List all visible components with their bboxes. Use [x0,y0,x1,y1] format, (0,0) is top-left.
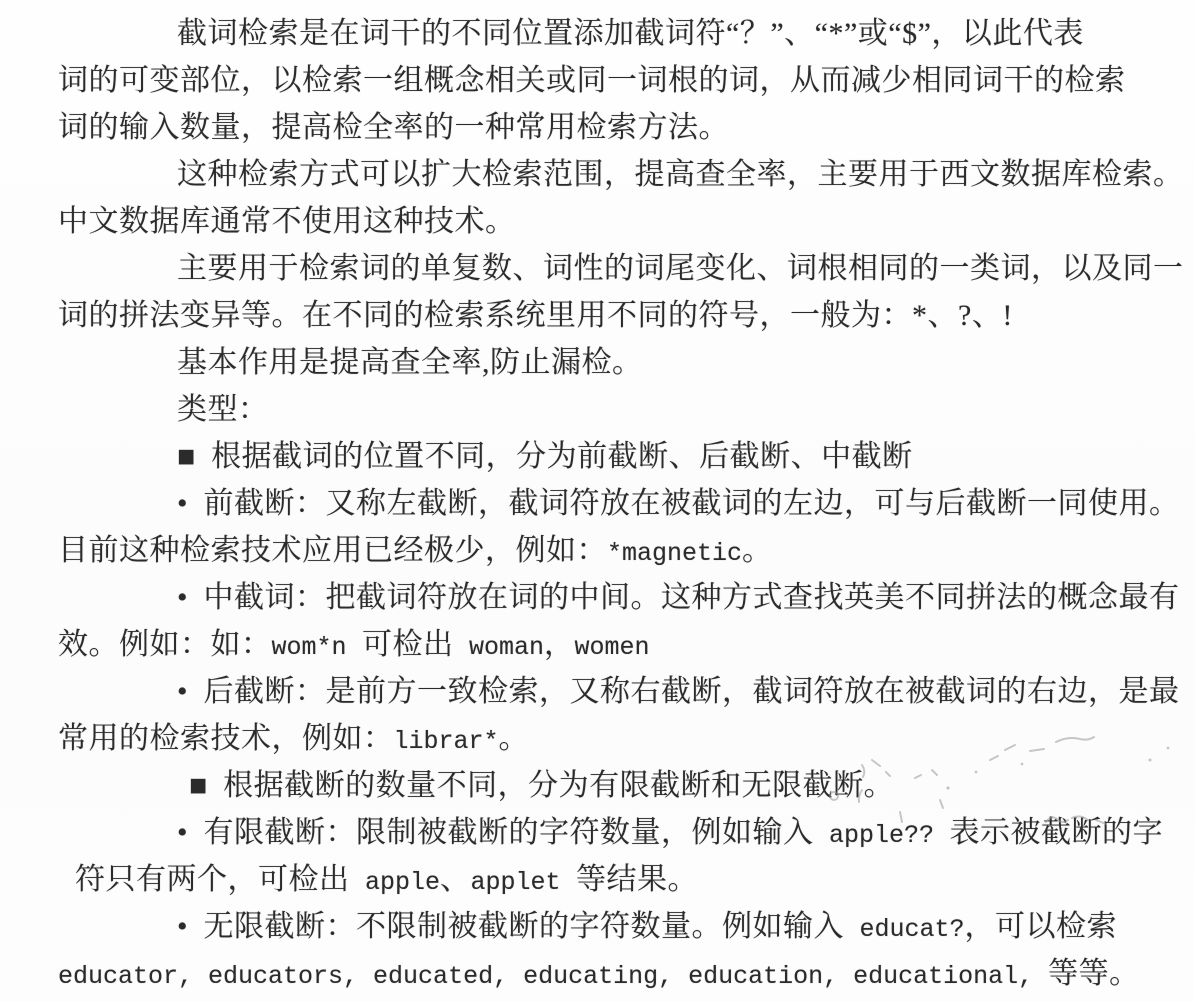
text-line: 这种检索方式可以扩大检索范围，提高查全率，主要用于西文数据库检索。 [58,151,1164,198]
cjk-text: 词的输入数量，提高检全率的一种常用检索方法。 [58,111,729,144]
latin-example-text: *magnetic [607,539,742,568]
text-line: • 中截词：把截词符放在词的中间。这种方式查找英美不同拼法的概念最有 [58,574,1164,621]
cjk-text: 效。例如：如： [58,628,272,661]
latin-example-text: educat? [860,915,965,944]
text-line: • 前截断：又称左截断，截词符放在被截词的左边，可与后截断一同使用。 [58,480,1164,527]
cjk-text: • 前截断：又称左截断，截词符放在被截词的左边，可与后截断一同使用。 [177,487,1180,520]
cjk-text: ， [544,628,575,661]
cjk-text: 词的拼法变异等。在不同的检索系统里用不同的符号，一般为：*、?、! [58,299,1013,332]
text-line: 类型： [58,386,1164,433]
document-body: 截词检索是在词干的不同位置添加截词符“？”、“*”或“$”，以此代表词的可变部位… [0,0,1194,997]
text-line: • 有限截断：限制被截断的字符数量，例如输入 apple?? 表示被截断的字 [58,809,1164,856]
cjk-text: 常用的检索技术，例如： [58,722,394,755]
text-line: 常用的检索技术，例如：librar*。 [58,715,1164,762]
cjk-text: 截词检索是在词干的不同位置添加截词符“？”、“*”或“$”，以此代表 [177,17,1084,50]
text-line: 词的输入数量，提高检全率的一种常用检索方法。 [58,104,1164,151]
cjk-text: 主要用于检索词的单复数、词性的词尾变化、词根相同的一类词，以及同一 [177,252,1184,285]
latin-example-text: wom*n [272,633,347,662]
text-line: • 无限截断：不限制被截断的字符数量。例如输入 educat?，可以检索 [58,903,1164,950]
cjk-text: 类型： [177,393,269,426]
cjk-text: 这种检索方式可以扩大检索范围，提高查全率，主要用于西文数据库检索。 [177,158,1184,191]
cjk-text: 符只有两个，可检出 [75,863,365,896]
text-line: 中文数据库通常不使用这种技术。 [58,198,1164,245]
cjk-text: • 中截词：把截词符放在词的中间。这种方式查找英美不同拼法的概念最有 [177,581,1180,614]
cjk-text: 可检出 [347,628,470,661]
latin-example-text: apple [365,868,440,897]
cjk-text: ■ 根据截词的位置不同，分为前截断、后截断、中截断 [177,440,913,473]
latin-example-text: educator, educators, educated, educating… [58,962,1048,991]
text-line: 主要用于检索词的单复数、词性的词尾变化、词根相同的一类词，以及同一 [58,245,1164,292]
text-line: 截词检索是在词干的不同位置添加截词符“？”、“*”或“$”，以此代表 [58,10,1164,57]
text-line: 效。例如：如：wom*n 可检出 woman，women [58,621,1164,668]
document-page: 截词检索是在词干的不同位置添加截词符“？”、“*”或“$”，以此代表词的可变部位… [0,0,1194,1002]
cjk-text: • 有限截断：限制被截断的字符数量，例如输入 [177,816,829,849]
cjk-text: 词的可变部位，以检索一组概念相关或同一词根的词，从而减少相同词干的检索 [58,64,1126,97]
text-line: 目前这种检索技术应用已经极少，例如：*magnetic。 [58,527,1164,574]
cjk-text: • 后截断：是前方一致检索，又称右截断，截词符放在被截词的右边，是最 [177,675,1180,708]
latin-example-text: librar* [394,727,499,756]
cjk-text: 表示被截断的字 [934,816,1163,849]
cjk-text: 中文数据库通常不使用这种技术。 [58,205,516,238]
text-line: • 后截断：是前方一致检索，又称右截断，截词符放在被截词的右边，是最 [58,668,1164,715]
cjk-text: 。 [742,534,773,567]
cjk-text: 等结果。 [561,863,699,896]
cjk-text: • 无限截断：不限制被截断的字符数量。例如输入 [177,910,860,943]
latin-example-text: woman [469,633,544,662]
cjk-text: 、 [440,863,471,896]
cjk-text: 等等。 [1048,957,1140,990]
cjk-text: 。 [499,722,530,755]
latin-example-text: applet [471,868,561,897]
text-line: 词的拼法变异等。在不同的检索系统里用不同的符号，一般为：*、?、! [58,292,1164,339]
cjk-text: ■ 根据截断的数量不同，分为有限截断和无限截断。 [189,769,894,802]
text-line: ■ 根据截断的数量不同，分为有限截断和无限截断。 [58,762,1164,809]
text-line: ■ 根据截词的位置不同，分为前截断、后截断、中截断 [58,433,1164,480]
text-line: 词的可变部位，以检索一组概念相关或同一词根的词，从而减少相同词干的检索 [58,57,1164,104]
text-line: 基本作用是提高查全率,防止漏检。 [58,339,1164,386]
text-line: educator, educators, educated, educating… [58,950,1164,997]
latin-example-text: apple?? [829,821,934,850]
cjk-text: 目前这种检索技术应用已经极少，例如： [58,534,607,567]
cjk-text: 基本作用是提高查全率,防止漏检。 [177,346,643,379]
latin-example-text: women [575,633,650,662]
cjk-text: ，可以检索 [965,910,1118,943]
text-line: 符只有两个，可检出 apple、applet 等结果。 [58,856,1164,903]
